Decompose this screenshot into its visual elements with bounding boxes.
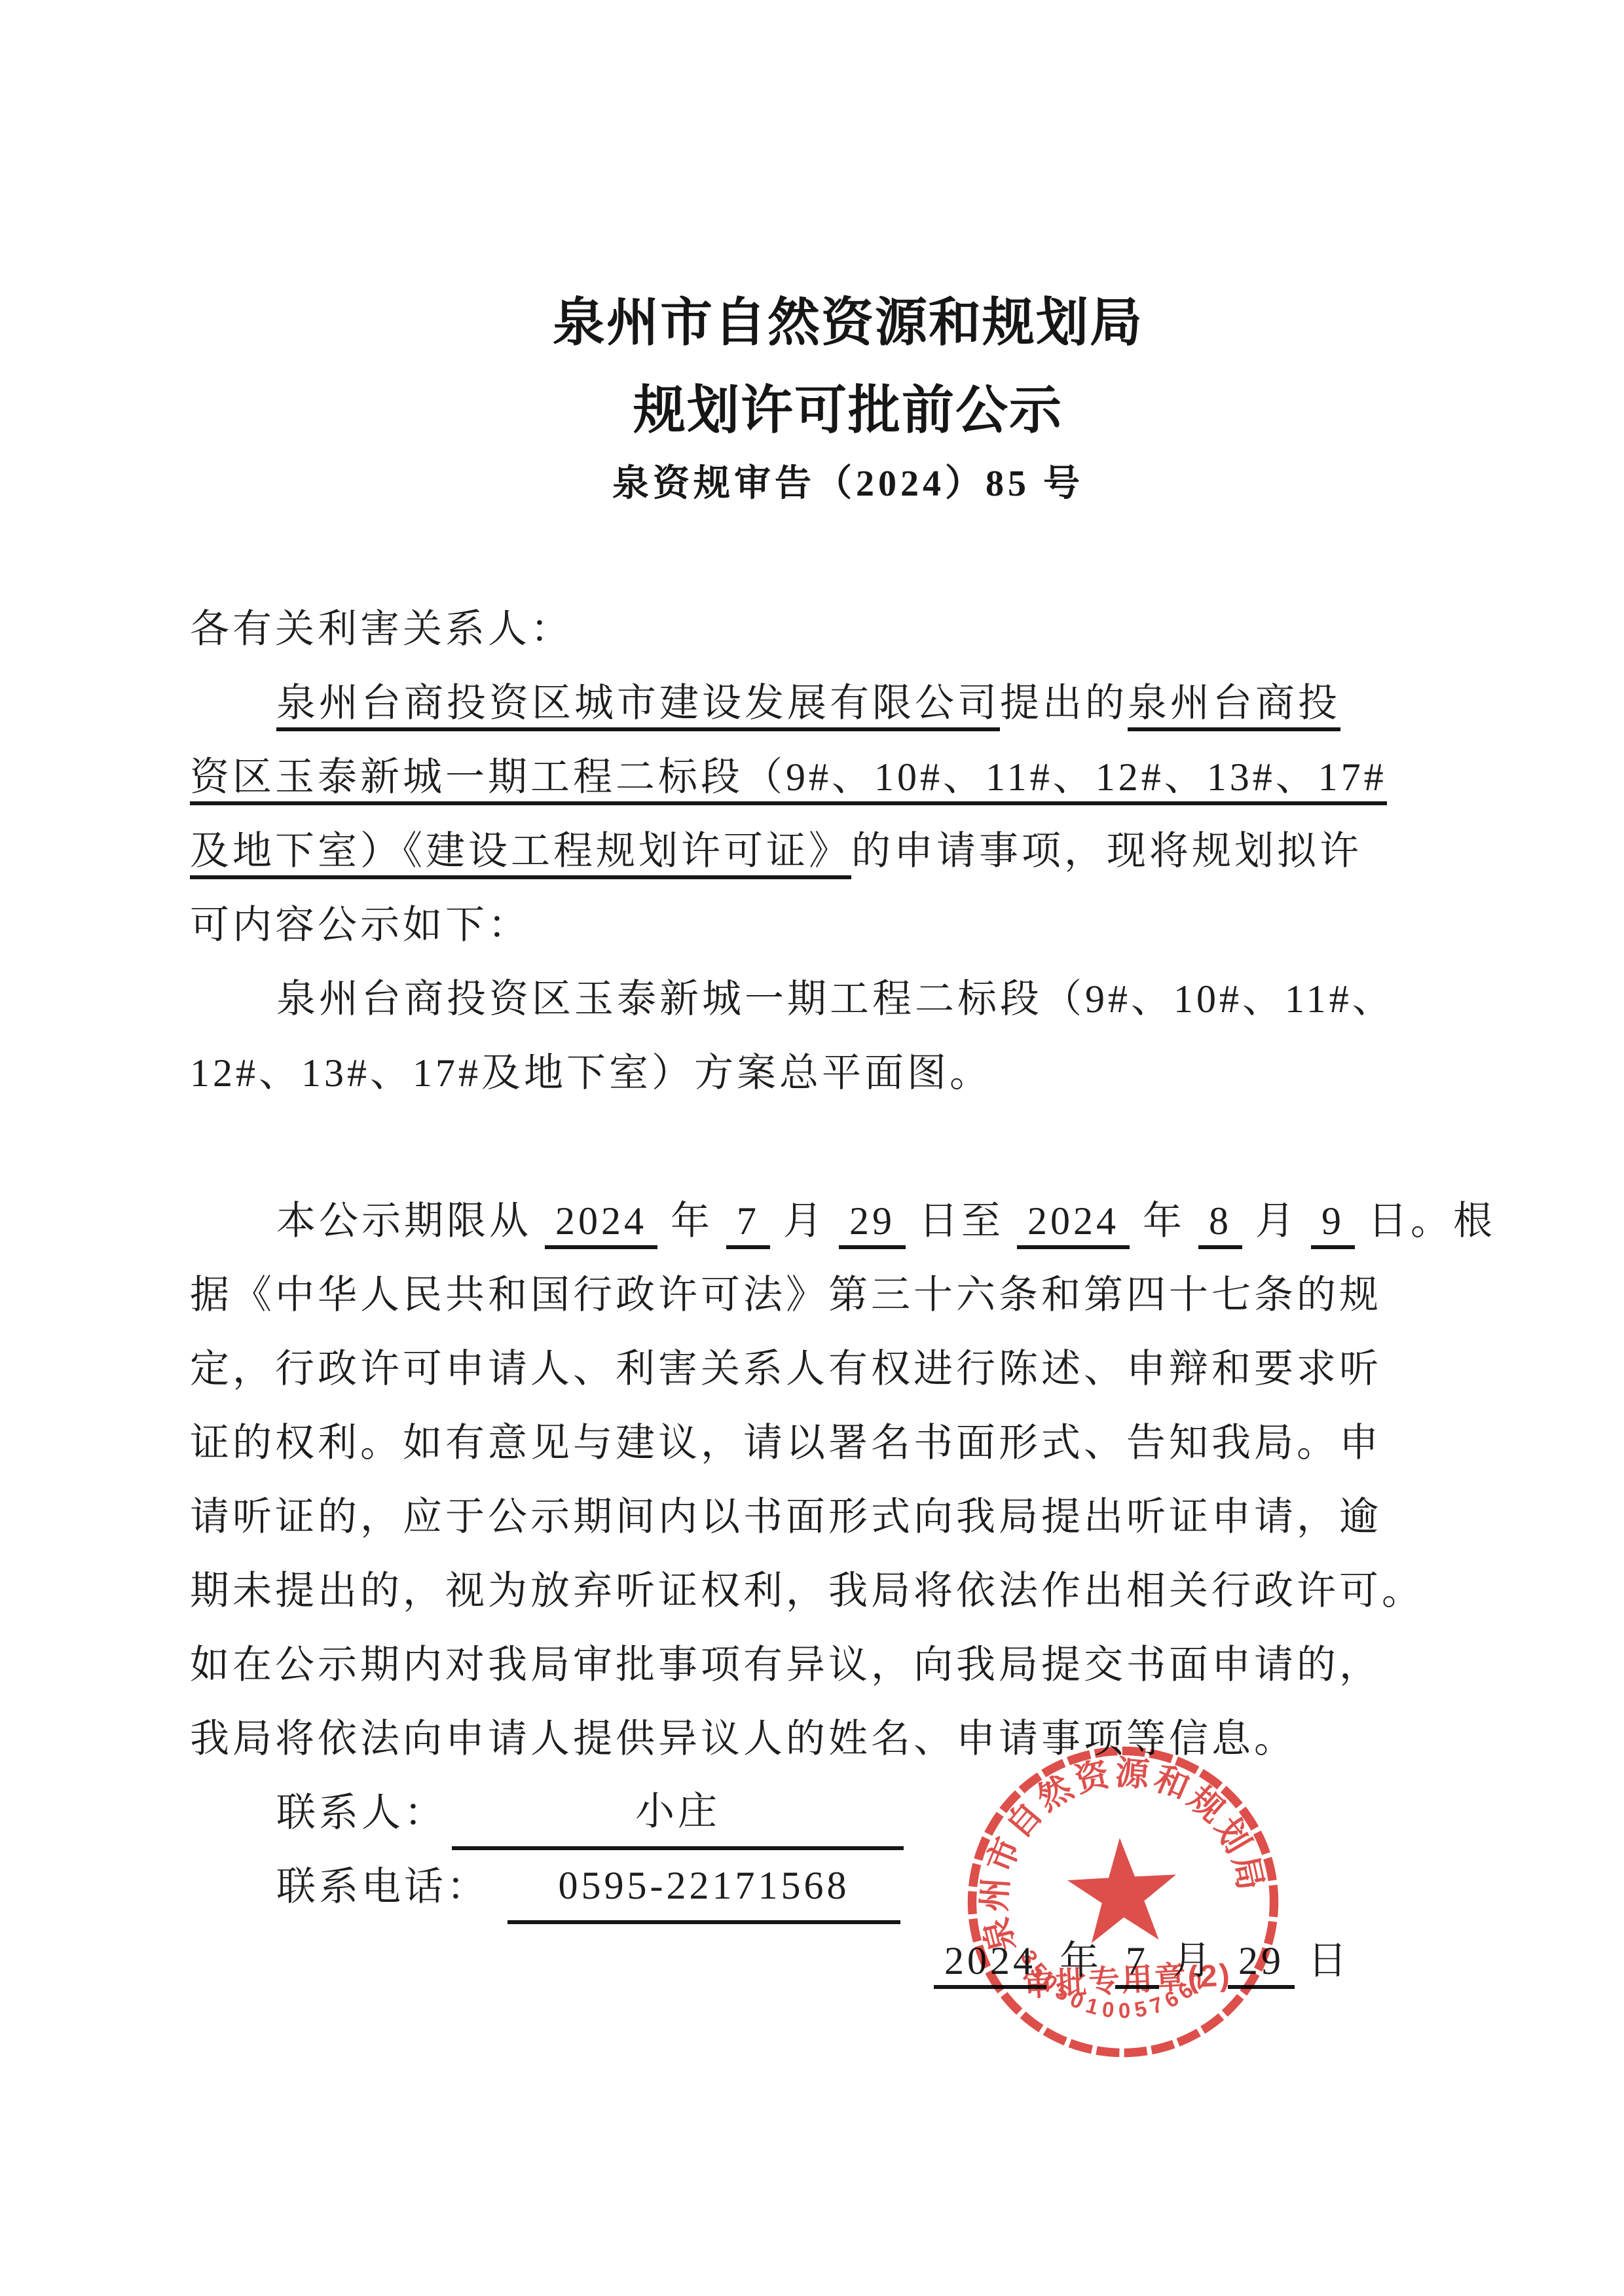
text-segment: 请听证的，应于公示期间内以书面形式向我局提出听证申请，逾 <box>190 1495 1382 1539</box>
text-line: 可内容公示如下： <box>190 888 1401 962</box>
underlined-text: 7 <box>726 1199 770 1249</box>
text-line: 证的权利。如有意见与建议，请以署名书面形式、告知我局。申 <box>190 1406 1401 1480</box>
text-line: 本公示期限从 2024 年 7 月 29 日至 2024 年 8 月 9 日。根 <box>190 1184 1401 1258</box>
text-segment: 日。根 <box>1355 1199 1496 1243</box>
body-paragraph-lines: 泉州台商投资区城市建设发展有限公司提出的泉州台商投资区玉泰新城一期工程二标段（9… <box>190 666 1401 1776</box>
text-line: 请听证的，应于公示期间内以书面形式向我局提出听证申请，逾 <box>190 1480 1401 1554</box>
underlined-text: 2024 <box>1017 1199 1130 1249</box>
text-line: 资区玉泰新城一期工程二标段（9#、10#、11#、12#、13#、17# <box>190 740 1401 814</box>
contact-phone-blank: 0595-22171568 <box>507 1851 900 1924</box>
text-segment: 日 <box>1295 1939 1350 1982</box>
underlined-text: 及地下室）《建设工程规划许可证》 <box>190 829 851 879</box>
text-segment: 期未提出的，视为放弃听证权利，我局将依法作出相关行政许可。 <box>190 1569 1424 1613</box>
text-segment: 日至 <box>906 1199 1017 1243</box>
text-line: 如在公示期内对我局审批事项有异议，向我局提交书面申请的， <box>190 1628 1401 1702</box>
text-segment: 年 <box>1046 1939 1115 1982</box>
contact-phone-row: 联系电话：0595-22171568 <box>190 1850 1401 1924</box>
contact-person-blank: 小庄 <box>452 1777 904 1850</box>
text-line: 我局将依法向申请人提供异议人的姓名、申请事项等信息。 <box>190 1702 1401 1776</box>
contact-person-value: 小庄 <box>635 1790 720 1833</box>
underlined-text: 8 <box>1198 1199 1242 1249</box>
text-line <box>190 1110 1401 1184</box>
text-segment: 据《中华人民共和国行政许可法》第三十六条和第四十七条的规 <box>190 1273 1382 1317</box>
text-segment: 年 <box>1130 1199 1198 1243</box>
text-line: 2024 年 7 月 29 日 <box>190 1924 1350 1998</box>
underlined-text: 2024 <box>545 1199 657 1249</box>
text-line: 泉州台商投资区玉泰新城一期工程二标段（9#、10#、11#、 <box>190 962 1401 1036</box>
document-number: 泉资规审告（2024）85 号 <box>36 454 1624 507</box>
underlined-text: 资区玉泰新城一期工程二标段（9#、10#、11#、12#、13#、17# <box>190 756 1387 805</box>
text-segment: 月 <box>770 1199 839 1243</box>
text-segment: 证的权利。如有意见与建议，请以署名书面形式、告知我局。申 <box>190 1421 1382 1465</box>
text-segment: 月 <box>1159 1939 1228 1982</box>
salutation: 各有关利害关系人： <box>190 592 1401 666</box>
text-segment: 我局将依法向申请人提供异议人的姓名、申请事项等信息。 <box>190 1717 1297 1760</box>
underlined-text: 29 <box>839 1199 906 1249</box>
document-body: 各有关利害关系人： 泉州台商投资区城市建设发展有限公司提出的泉州台商投资区玉泰新… <box>190 592 1401 1998</box>
contact-phone-value: 0595-22171568 <box>559 1864 850 1907</box>
contact-phone-label: 联系电话： <box>276 1865 489 1908</box>
contact-person-label: 联系人： <box>276 1791 447 1834</box>
text-segment: 年 <box>657 1199 726 1243</box>
document-page: 泉州市自然资源和规划局 规划许可批前公示 泉资规审告（2024）85 号 各有关… <box>0 0 1624 2296</box>
contact-person-row: 联系人：小庄 <box>190 1776 1401 1850</box>
underlined-text: 9 <box>1311 1199 1355 1249</box>
text-segment: 月 <box>1242 1199 1311 1243</box>
text-segment: 提出的 <box>1000 682 1128 725</box>
text-line: 期未提出的，视为放弃听证权利，我局将依法作出相关行政许可。 <box>190 1554 1401 1628</box>
text-segment: 如在公示期内对我局审批事项有异议，向我局提交书面申请的， <box>190 1643 1382 1686</box>
text-segment: 可内容公示如下： <box>190 903 530 947</box>
document-title-line2: 规划许可批前公示 <box>36 368 1624 443</box>
text-segment: 12#、13#、17#及地下室）方案总平面图。 <box>190 1051 992 1095</box>
text-segment: 定，行政许可申请人、利害关系人有权进行陈述、申辩和要求听 <box>190 1347 1382 1391</box>
issue-date-row: 2024 年 7 月 29 日 <box>190 1924 1401 1998</box>
text-line: 及地下室）《建设工程规划许可证》的申请事项，现将规划拟许 <box>190 814 1401 888</box>
underlined-text: 泉州台商投资区城市建设发展有限公司 <box>276 682 1000 731</box>
text-segment: 泉州台商投资区玉泰新城一期工程二标段（9#、10#、11#、 <box>276 977 1395 1021</box>
underlined-text: 2024 <box>934 1939 1046 1989</box>
text-line: 定，行政许可申请人、利害关系人有权进行陈述、申辩和要求听 <box>190 1332 1401 1406</box>
text-line: 据《中华人民共和国行政许可法》第三十六条和第四十七条的规 <box>190 1258 1401 1332</box>
text-line: 泉州台商投资区城市建设发展有限公司提出的泉州台商投 <box>190 666 1401 740</box>
text-segment: 本公示期限从 <box>276 1199 545 1243</box>
underlined-text: 泉州台商投 <box>1128 682 1340 731</box>
document-title-line1: 泉州市自然资源和规划局 <box>36 280 1624 355</box>
text-line: 12#、13#、17#及地下室）方案总平面图。 <box>190 1036 1401 1110</box>
text-segment: 的申请事项，现将规划拟许 <box>851 829 1362 873</box>
underlined-text: 29 <box>1228 1939 1295 1989</box>
underlined-text: 7 <box>1115 1939 1159 1989</box>
